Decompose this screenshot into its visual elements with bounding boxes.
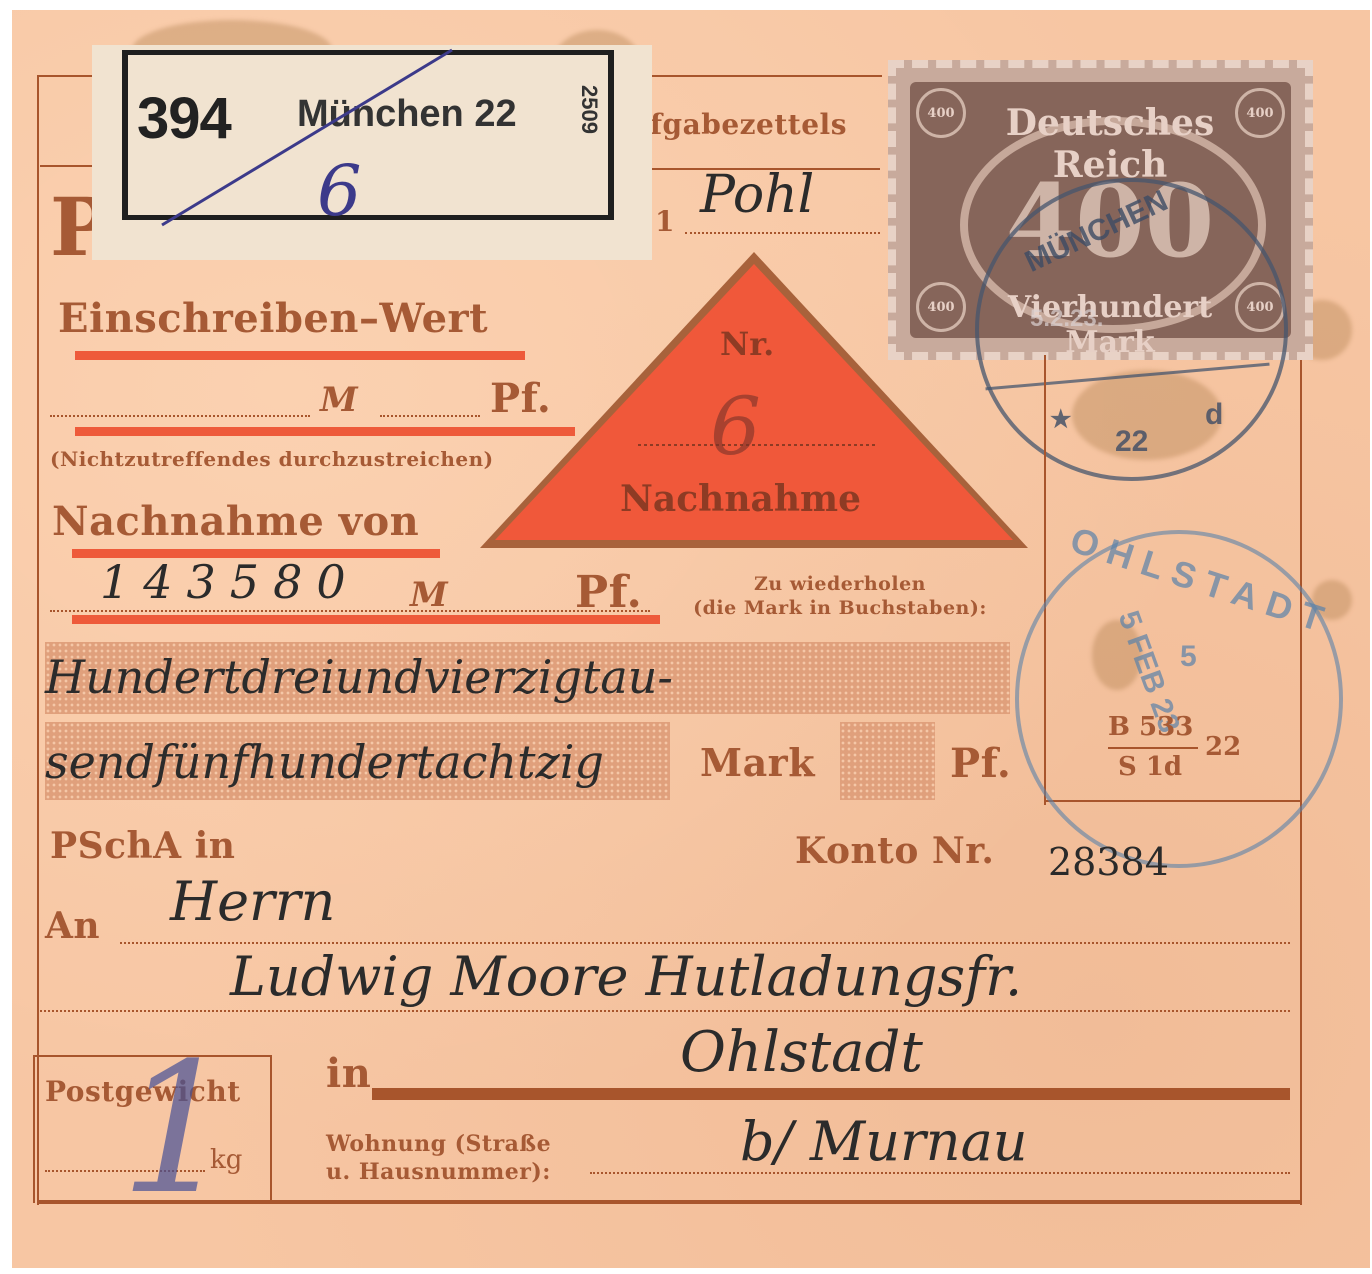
amount-words-line1: Hundertdreiundvierzigtau-: [45, 650, 673, 704]
label-pf: Pf.: [950, 740, 1011, 787]
postmark-munich-date: 5.2.23.: [1030, 305, 1103, 333]
recipient-street: b/ Murnau: [740, 1110, 1028, 1173]
postmark-star-icon: ★: [1050, 405, 1072, 434]
postmark-munich-office: 22: [1115, 425, 1148, 459]
frame-left: [37, 75, 39, 1205]
registration-side-number: 2509: [576, 85, 602, 134]
signature: Pohl: [700, 165, 814, 225]
postmark-munich-letter: d: [1205, 398, 1223, 432]
office-code-bottom: S 1d: [1118, 752, 1182, 782]
line-number: 1: [655, 205, 675, 238]
nachnahme-amount-field[interactable]: [50, 610, 650, 612]
nachnahme-label: Nr. 6 Nachnahme: [478, 250, 1030, 550]
red-rule: [75, 351, 525, 360]
label-pf: Pf.: [575, 567, 642, 618]
pf-words-field[interactable]: [840, 722, 935, 800]
label-wohnung: Wohnung (Straße u. Hausnummer):: [326, 1130, 551, 1186]
office-code-top: B 533: [1108, 712, 1193, 742]
postmark-ohlstadt-hour: 5: [1180, 640, 1197, 674]
recipient-line-2[interactable]: [40, 1010, 1290, 1012]
weight-value: 1: [120, 1040, 235, 1220]
weight-box-right: [270, 1055, 272, 1203]
office-code-divider: [1108, 747, 1198, 749]
amount-words-line2: sendfünfhundertachtzig: [45, 735, 604, 789]
label-mark: M: [410, 575, 448, 615]
place-rule: [372, 1088, 1290, 1100]
frame-rule: [40, 165, 100, 167]
repeat-note-line1: Zu wiederholen: [665, 572, 1015, 596]
triangle-nr-label: Nr.: [720, 325, 774, 363]
label-konto: Konto Nr.: [795, 830, 994, 872]
einschreiben-mark-field[interactable]: [50, 415, 310, 417]
triangle-label: Nachnahme: [620, 478, 861, 520]
recipient-line-1[interactable]: [120, 942, 1290, 944]
label-wohnung-line2: u. Hausnummer):: [326, 1158, 551, 1186]
konto-number: 28384: [1048, 840, 1169, 884]
office-code-side: 22: [1205, 732, 1241, 762]
registration-handwritten-mark: 6: [317, 150, 362, 232]
nachnahme-amount: 143580: [100, 555, 360, 609]
triangle-nr-value: 6: [710, 380, 761, 473]
label-nachnahme-von: Nachnahme von: [52, 498, 419, 545]
label-einschreiben: Einschreiben–Wert: [58, 295, 488, 342]
recipient-name: Ludwig Moore Hutladungsfr.: [230, 945, 1022, 1008]
strike-note: (Nichtzutreffendes durchzustreichen): [50, 447, 494, 471]
registration-label: 394 München 22 2509 6: [92, 45, 652, 260]
repeat-note-line2: (die Mark in Buchstaben):: [665, 596, 1015, 620]
label-pscha: PSchA in: [50, 825, 235, 867]
einschreiben-pf-field[interactable]: [380, 415, 480, 417]
label-wohnung-line1: Wohnung (Straße: [326, 1130, 551, 1158]
stamp-corner-value: 400: [916, 88, 966, 138]
label-in: in: [326, 1050, 371, 1097]
recipient-salutation: Herrn: [170, 870, 335, 933]
pen-stroke: [152, 45, 472, 235]
repeat-note: Zu wiederholen (die Mark in Buchstaben):: [665, 572, 1015, 620]
weight-box-left: [33, 1055, 35, 1203]
label-mark-words: Mark: [700, 740, 815, 785]
red-rule: [72, 615, 660, 624]
label-an: An: [45, 905, 100, 947]
heading-aufgabezettel: fgabezettels: [650, 108, 847, 141]
label-mark: M: [320, 380, 358, 420]
signature-line: [685, 232, 880, 234]
recipient-place: Ohlstadt: [680, 1020, 923, 1085]
